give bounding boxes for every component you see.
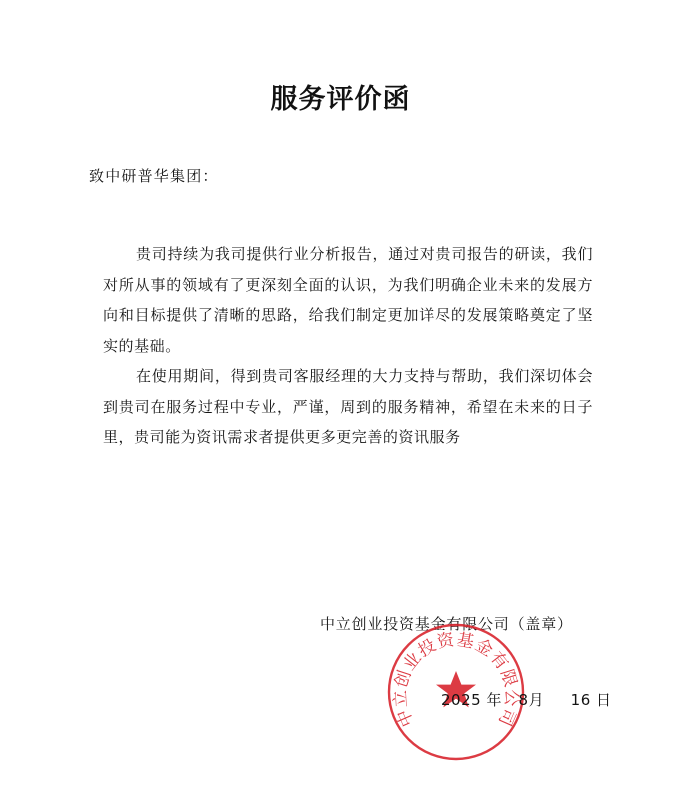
date-year-unit: 年 bbox=[486, 689, 502, 711]
date-month-unit: 月 bbox=[529, 689, 545, 711]
document-title: 服务评价函 bbox=[0, 82, 681, 118]
date-day-unit: 日 bbox=[596, 689, 612, 711]
letter-date: 2025 年 8月 16 日 bbox=[441, 689, 612, 711]
letter-body: 贵司持续为我司提供行业分析报告，通过对贵司报告的研读，我们对所从事的领域有了更深… bbox=[103, 239, 593, 453]
salutation: 致中研普华集团： bbox=[89, 165, 219, 187]
date-month: 8 bbox=[519, 689, 529, 711]
paragraph-appreciation: 贵司持续为我司提供行业分析报告，通过对贵司报告的研读，我们对所从事的领域有了更深… bbox=[103, 239, 593, 361]
date-year: 2025 bbox=[441, 689, 481, 711]
date-day: 16 bbox=[571, 689, 591, 711]
paragraph-service: 在使用期间，得到贵司客服经理的大力支持与帮助，我们深切体会到贵司在服务过程中专业… bbox=[103, 361, 593, 453]
